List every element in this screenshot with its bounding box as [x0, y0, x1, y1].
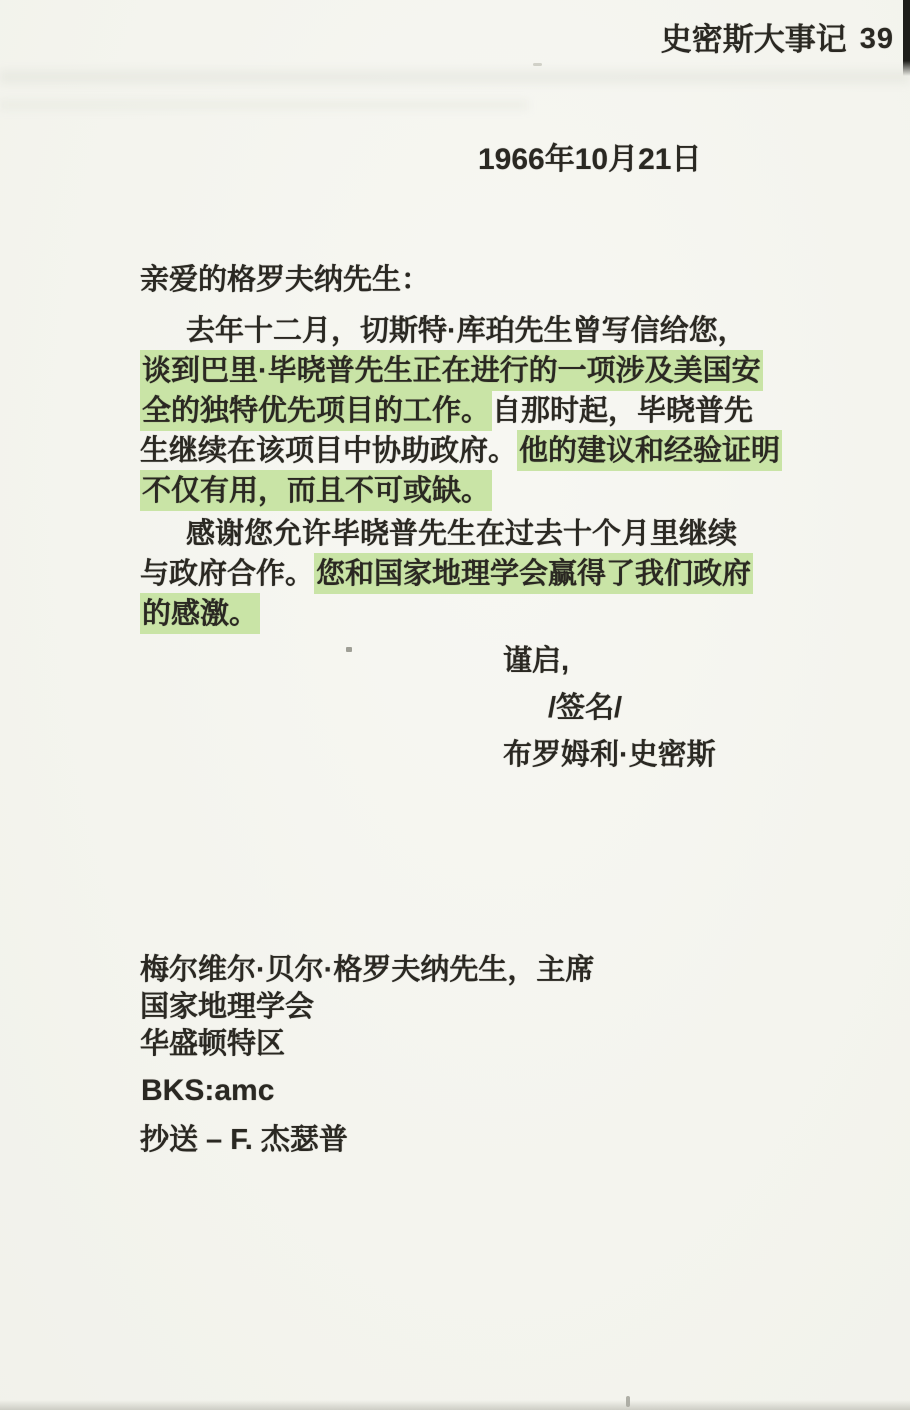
signer-name: 布罗姆利·史密斯 — [503, 732, 716, 779]
document-title: 史密斯大事记 — [661, 14, 847, 59]
letter-date: 1966年10月21日 — [478, 134, 701, 178]
body-text: 自那时起，毕晓普先 — [492, 395, 753, 427]
letter-line: 去年十二月，切斯特·库珀先生曾写信给您， — [140, 311, 782, 351]
letter-line: 与政府合作。您和国家地理学会赢得了我们政府 — [140, 554, 753, 594]
recipient-city: 华盛顿特区 — [140, 1026, 594, 1063]
recipient-name: 梅尔维尔·贝尔·格罗夫纳先生，主席 — [140, 952, 594, 989]
scanned-letter-page: 史密斯大事记 39 1966年10月21日 亲爱的格罗夫纳先生： 去年十二月，切… — [0, 0, 910, 1410]
body-text: 去年十二月，切斯特·库珀先生曾写信给您， — [186, 315, 747, 347]
highlighted-text: 谈到巴里·毕晓普先生正在进行的一项涉及美国安 — [140, 350, 763, 391]
letter-line: 生继续在该项目中协助政府。他的建议和经验证明 — [140, 431, 782, 471]
reference-initials: BKS:amc — [141, 1074, 274, 1108]
highlighted-text: 您和国家地理学会赢得了我们政府 — [314, 553, 753, 594]
letter-line: 感谢您允许毕晓普先生在过去十个月里继续 — [140, 514, 753, 554]
scan-edge-mark — [903, 0, 910, 76]
body-text: 生继续在该项目中协助政府。 — [140, 435, 517, 467]
cc-line: 抄送 – F. 杰瑟普 — [140, 1117, 348, 1158]
highlighted-text: 不仅有用，而且不可或缺。 — [140, 470, 492, 511]
letter-line: 谈到巴里·毕晓普先生正在进行的一项涉及美国安 — [140, 351, 782, 391]
letter-line: 的感激。 — [140, 594, 753, 634]
page-header: 史密斯大事记 39 — [0, 14, 894, 59]
body-text: 与政府合作。 — [140, 558, 314, 590]
page-number: 39 — [860, 23, 894, 56]
letter-line: 全的独特优先项目的工作。自那时起，毕晓普先 — [140, 391, 782, 431]
paragraph-2: 感谢您允许毕晓普先生在过去十个月里继续 与政府合作。您和国家地理学会赢得了我们政… — [140, 514, 753, 634]
closing-phrase: 谨启, — [503, 638, 716, 685]
scan-artifact-band — [0, 100, 528, 110]
scan-artifact-speck — [533, 63, 542, 66]
recipient-organization: 国家地理学会 — [140, 989, 594, 1026]
salutation: 亲爱的格罗夫纳先生： — [140, 257, 430, 298]
body-text: 感谢您允许毕晓普先生在过去十个月里继续 — [186, 518, 737, 550]
scan-artifact-band — [0, 70, 910, 84]
highlighted-text: 全的独特优先项目的工作。 — [140, 390, 492, 431]
highlighted-text: 的感激。 — [140, 593, 260, 634]
signature-placeholder: /签名/ — [503, 685, 716, 732]
scan-artifact-dot — [346, 647, 352, 652]
scan-edge-shadow — [0, 1400, 910, 1410]
letter-line: 不仅有用，而且不可或缺。 — [140, 471, 782, 511]
recipient-block: 梅尔维尔·贝尔·格罗夫纳先生，主席 国家地理学会 华盛顿特区 — [140, 952, 594, 1063]
highlighted-text: 他的建议和经验证明 — [517, 430, 782, 471]
closing-block: 谨启, /签名/ 布罗姆利·史密斯 — [503, 638, 716, 779]
paragraph-1: 去年十二月，切斯特·库珀先生曾写信给您， 谈到巴里·毕晓普先生正在进行的一项涉及… — [140, 311, 782, 511]
paper-texture — [0, 0, 910, 1410]
